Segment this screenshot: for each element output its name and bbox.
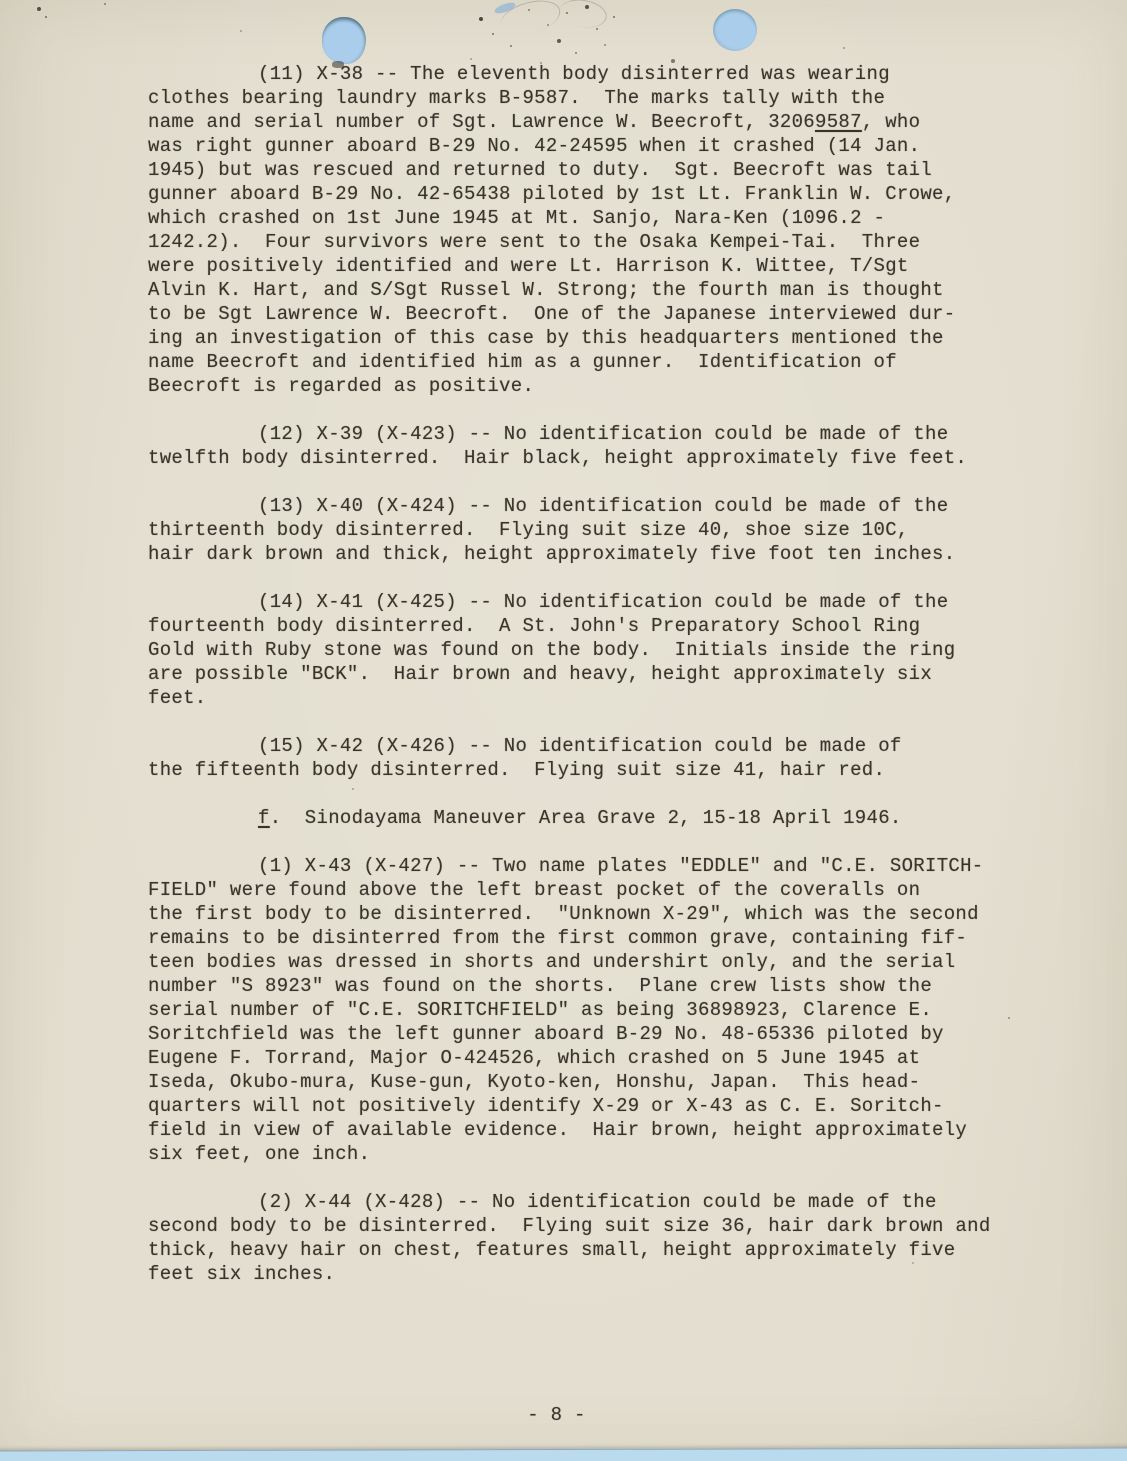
- text-line: feet six inches.: [148, 1262, 1048, 1286]
- text-line: Soritchfield was the left gunner aboard …: [148, 1022, 1048, 1046]
- text-line: number "S 8923" was found on the shorts.…: [148, 974, 1048, 998]
- pencil-scribble: [558, 0, 609, 31]
- text-line: Iseda, Okubo-mura, Kuse-gun, Kyoto-ken, …: [148, 1070, 1048, 1094]
- text-line: (15) X-42 (X-426) -- No identification c…: [148, 734, 1048, 758]
- punch-hole-left-icon: [322, 17, 366, 64]
- text-line: 1945) but was rescued and returned to du…: [148, 158, 1048, 182]
- paragraph-2: (2) X-44 (X-428) -- No identification co…: [148, 1190, 1048, 1286]
- text-line: twelfth body disinterred. Hair black, he…: [148, 446, 1048, 470]
- paragraph-1: (1) X-43 (X-427) -- Two name plates "EDD…: [148, 854, 1048, 1166]
- text-line: thirteenth body disinterred. Flying suit…: [148, 518, 1048, 542]
- document-body: (11) X-38 -- The eleventh body disinterr…: [148, 62, 1048, 1310]
- text-line: are possible "BCK". Hair brown and heavy…: [148, 662, 1048, 686]
- text-line: which crashed on 1st June 1945 at Mt. Sa…: [148, 206, 1048, 230]
- text-line: (14) X-41 (X-425) -- No identification c…: [148, 590, 1048, 614]
- text-line: six feet, one inch.: [148, 1142, 1048, 1166]
- text-line: name and serial number of Sgt. Lawrence …: [148, 110, 1048, 134]
- paragraph-11: (11) X-38 -- The eleventh body disinterr…: [148, 62, 1048, 398]
- text-line: was right gunner aboard B-29 No. 42-2459…: [148, 134, 1048, 158]
- paragraph-12: (12) X-39 (X-423) -- No identification c…: [148, 422, 1048, 470]
- heading-letter: f: [258, 807, 270, 829]
- text-line: teen bodies was dressed in shorts and un…: [148, 950, 1048, 974]
- underlined-serial-number: 9587: [815, 111, 862, 133]
- ink-specks: [0, 0, 2, 2]
- scanned-document-page: (11) X-38 -- The eleventh body disinterr…: [0, 0, 1127, 1461]
- text-line: gunner aboard B-29 No. 42-65438 piloted …: [148, 182, 1048, 206]
- scan-bottom-edge: [0, 1448, 1127, 1461]
- text-line: hair dark brown and thick, height approx…: [148, 542, 1048, 566]
- text-line: 1242.2). Four survivors were sent to the…: [148, 230, 1048, 254]
- paragraph-14: (14) X-41 (X-425) -- No identification c…: [148, 590, 1048, 710]
- text-line: Alvin K. Hart, and S/Sgt Russel W. Stron…: [148, 278, 1048, 302]
- text-line: ing an investigation of this case by thi…: [148, 326, 1048, 350]
- text-line: FIELD" were found above the left breast …: [148, 878, 1048, 902]
- text-line: (11) X-38 -- The eleventh body disinterr…: [148, 62, 1048, 86]
- text-line: the fifteenth body disinterred. Flying s…: [148, 758, 1048, 782]
- text-line: the first body to be disinterred. "Unkno…: [148, 902, 1048, 926]
- section-heading-f: f. Sinodayama Maneuver Area Grave 2, 15-…: [148, 806, 1048, 830]
- text-line: (12) X-39 (X-423) -- No identification c…: [148, 422, 1048, 446]
- punch-hole-right-icon: [713, 9, 757, 51]
- text-line: feet.: [148, 686, 1048, 710]
- text-line: second body to be disinterred. Flying su…: [148, 1214, 1048, 1238]
- text-line: (1) X-43 (X-427) -- Two name plates "EDD…: [148, 854, 1048, 878]
- text-line: were positively identified and were Lt. …: [148, 254, 1048, 278]
- page-number: - 8 -: [0, 1404, 1113, 1426]
- text-line: Beecroft is regarded as positive.: [148, 374, 1048, 398]
- text-line: Gold with Ruby stone was found on the bo…: [148, 638, 1048, 662]
- paragraph-13: (13) X-40 (X-424) -- No identification c…: [148, 494, 1048, 566]
- text-line: serial number of "C.E. SORITCHFIELD" as …: [148, 998, 1048, 1022]
- heading-text: . Sinodayama Maneuver Area Grave 2, 15-1…: [270, 807, 902, 829]
- paragraph-15: (15) X-42 (X-426) -- No identification c…: [148, 734, 1048, 782]
- text-line: (13) X-40 (X-424) -- No identification c…: [148, 494, 1048, 518]
- text-line: quarters will not positively identify X-…: [148, 1094, 1048, 1118]
- text-line: (2) X-44 (X-428) -- No identification co…: [148, 1190, 1048, 1214]
- text-line: name Beecroft and identified him as a gu…: [148, 350, 1048, 374]
- text-line: to be Sgt Lawrence W. Beecroft. One of t…: [148, 302, 1048, 326]
- text-line: clothes bearing laundry marks B-9587. Th…: [148, 86, 1048, 110]
- heading-line: f. Sinodayama Maneuver Area Grave 2, 15-…: [148, 806, 1048, 830]
- text-line: field in view of available evidence. Hai…: [148, 1118, 1048, 1142]
- text-line: Eugene F. Torrand, Major O-424526, which…: [148, 1046, 1048, 1070]
- text-line: remains to be disinterred from the first…: [148, 926, 1048, 950]
- text-segment: , who: [862, 111, 921, 133]
- text-segment: name and serial number of Sgt. Lawrence …: [148, 111, 815, 133]
- text-line: thick, heavy hair on chest, features sma…: [148, 1238, 1048, 1262]
- text-line: fourteenth body disinterred. A St. John'…: [148, 614, 1048, 638]
